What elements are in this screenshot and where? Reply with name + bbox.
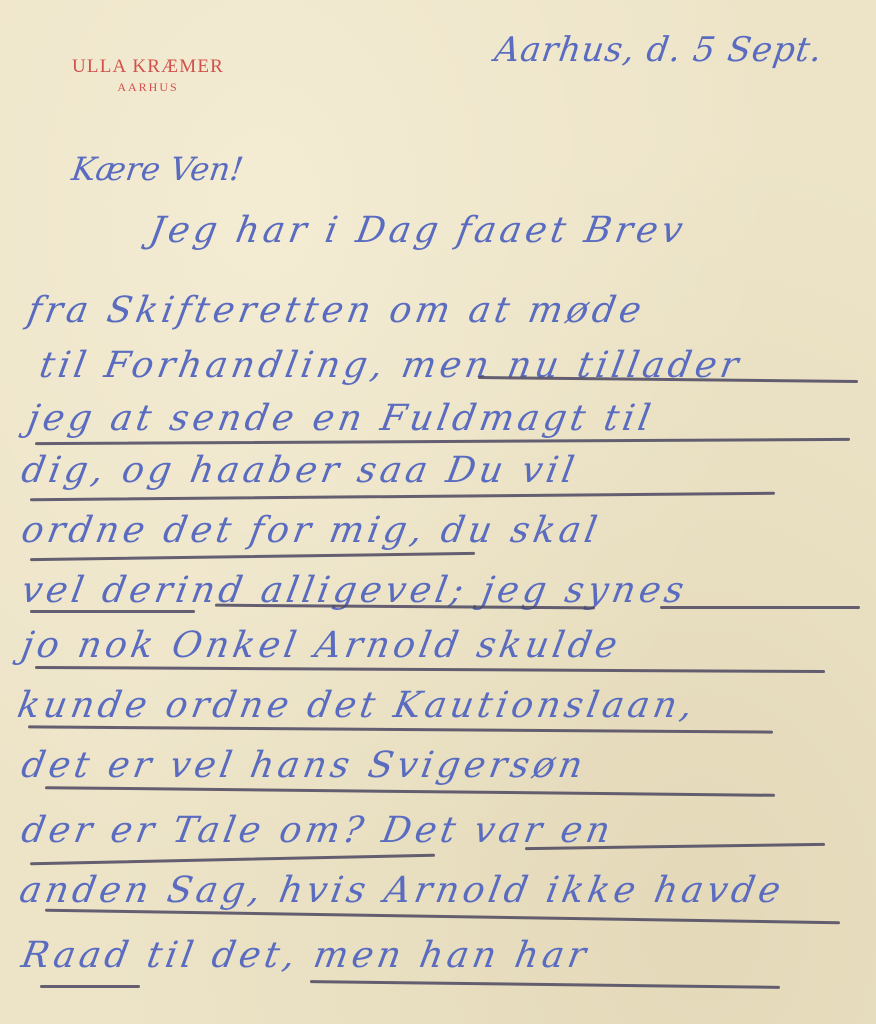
letterhead-city: AARHUS [58,80,238,95]
body-line-1: Jeg har i Dag faaet Brev [146,210,689,251]
body-line-2: fra Skifteretten om at møde [24,290,648,331]
underline-7 [660,606,860,609]
underline-9 [28,725,773,733]
body-line-10: det er vel hans Svigersøn [18,745,589,786]
body-line-12: anden Sag, hvis Arnold ikke havde [16,870,787,911]
underline-10 [45,786,775,797]
body-line-9: kunde ordne det Kautionslaan, [14,685,699,726]
underline-8 [35,666,825,673]
body-line-8: jo nok Onkel Arnold skulde [18,625,624,666]
body-line-5: dig, og haaber saa Du vil [18,450,581,491]
greeting: Kære Ven! [69,150,245,188]
body-line-13: Raad til det, men han har [18,935,592,976]
underline-13 [45,909,840,924]
body-line-4: jeg at sende en Fuldmagt til [24,398,657,439]
letterhead-name: ULLA KRÆMER [58,56,238,78]
underline-3 [30,492,775,502]
underline-5 [30,610,195,613]
underline-14 [40,985,140,988]
body-line-11: der er Tale om? Det var en [18,810,617,851]
body-line-6: ordne det for mig, du skal [18,510,604,551]
underline-15 [310,980,780,989]
underline-4 [30,552,475,561]
dateline: Aarhus, d. 5 Sept. [492,30,825,70]
letterhead: ULLA KRÆMER AARHUS [58,56,238,95]
underline-11 [30,854,435,865]
